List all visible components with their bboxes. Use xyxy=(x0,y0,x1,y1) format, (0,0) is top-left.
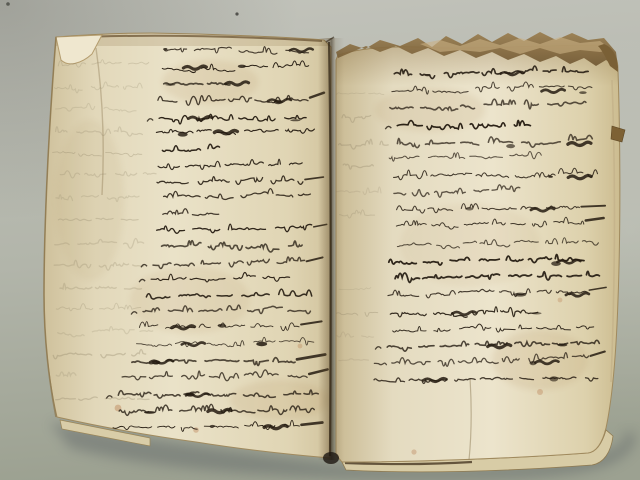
manuscript-photo: Photograph of an open early-modern manus… xyxy=(0,0,640,480)
dust-speck xyxy=(6,2,10,6)
gutter xyxy=(318,37,344,464)
dust-speck xyxy=(235,12,238,15)
photo-stage: Photograph of an open early-modern manus… xyxy=(0,0,640,480)
